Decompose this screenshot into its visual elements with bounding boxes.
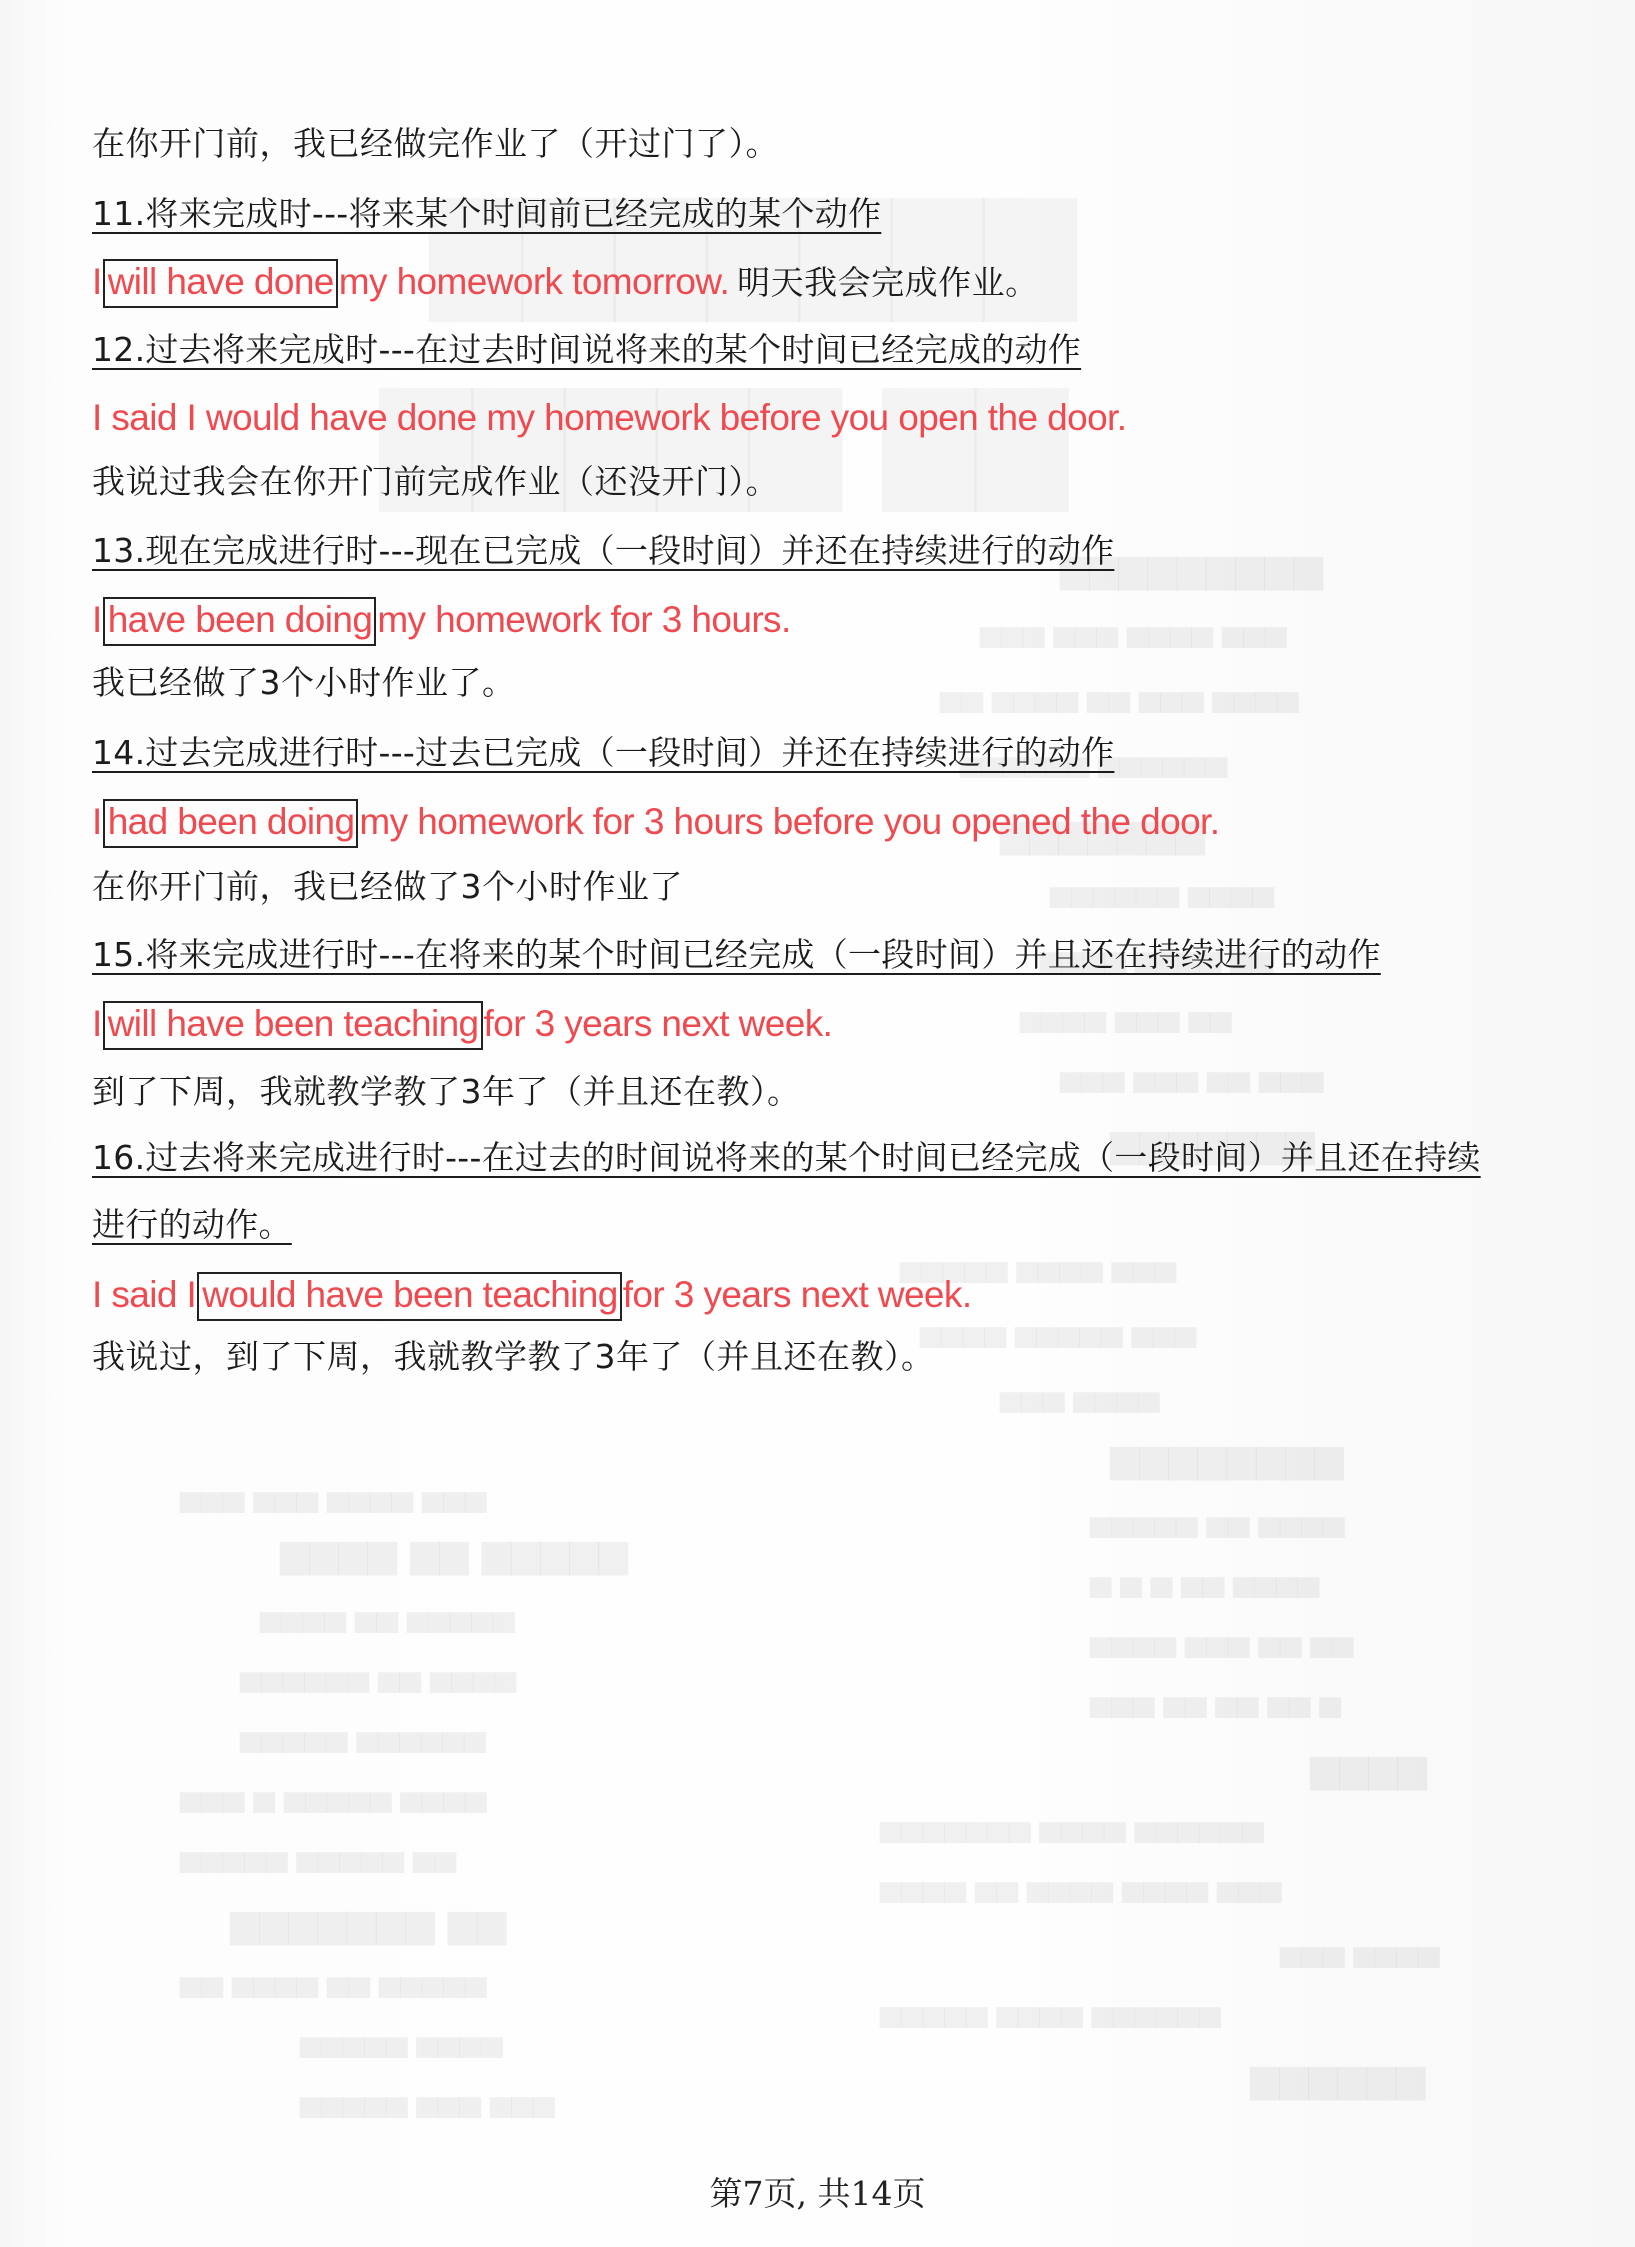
show-through-decoration: ▅▅▅▅ ▅▅ ▅▅▅▅▅▅: [240, 1660, 516, 1693]
show-through-decoration: ▅▅▅ ▅▅▅ ▅▅▅▅▅: [300, 2085, 555, 2118]
show-through-decoration: ▆▆▆▆▆▆▆▆: [1110, 1435, 1344, 1480]
show-through-decoration: ▅▅▅ ▅▅▅▅ ▅▅▅ ▅▅▅: [980, 615, 1287, 648]
show-through-decoration: ▅▅▅▅▅ ▅▅ ▅▅▅▅ ▅▅: [180, 1965, 487, 1998]
inline-translation: 明天我会完成作业。: [737, 263, 1039, 302]
example-prefix: I: [92, 261, 102, 302]
boxed-verb-phrase: would have been teaching: [197, 1272, 622, 1321]
show-through-decoration: ▅ ▅▅ ▅▅ ▅▅ ▅▅▅: [1090, 1685, 1341, 1718]
translation-text: 到了下周，我就教学教了3年了（并且还在教）。: [92, 1075, 801, 1108]
show-through-decoration: ▅▅▅ ▅▅ ▅▅▅ ▅▅▅: [1060, 1060, 1324, 1093]
show-through-decoration: ▅▅▅▅ ▅▅▅▅▅▅: [1050, 875, 1274, 908]
section-heading-14: 14.过去完成进行时---过去已完成（一段时间）并还在持续进行的动作: [92, 736, 1114, 769]
show-through-decoration: ▅▅ ▅▅ ▅▅▅ ▅▅▅▅: [1090, 1625, 1354, 1658]
show-through-decoration: ▅▅▅▅ ▅▅▅▅▅ ▅ ▅▅▅: [180, 1780, 487, 1813]
translation-text: 在你开门前，我已经做了3个小时作业了: [92, 870, 683, 903]
show-through-decoration: ▆▆▆▆: [1310, 1745, 1427, 1790]
example-prefix: I: [92, 599, 102, 640]
show-through-decoration: ▆▆ ▆▆▆▆▆▆▆: [230, 1900, 506, 1945]
show-through-decoration: ▅▅▅▅ ▅▅ ▅▅▅▅▅: [1090, 1505, 1345, 1538]
example-suffix: for 3 years next week.: [484, 1003, 833, 1044]
example-sentence-14: Ihad been doingmy homework for 3 hours b…: [92, 799, 1219, 848]
translation-text: 我已经做了3个小时作业了。: [92, 666, 516, 699]
show-through-decoration: ▅▅ ▅▅▅ ▅▅▅▅: [1020, 1000, 1232, 1033]
example-sentence-16: I said Iwould have been teachingfor 3 ye…: [92, 1272, 972, 1321]
show-through-decoration: ▅▅▅ ▅▅▅▅ ▅▅▅▅ ▅▅ ▅▅▅▅: [880, 1870, 1282, 1903]
example-suffix: my homework for 3 hours before you opene…: [359, 801, 1219, 842]
translation-text: 我说过，到了下周，我就教学教了3年了（并且还在教）。: [92, 1340, 935, 1373]
example-suffix: my homework for 3 hours.: [377, 599, 790, 640]
example-sentence-12: I said I would have done my homework bef…: [92, 399, 1126, 436]
boxed-verb-phrase: have been doing: [103, 597, 377, 646]
section-heading-11: 11.将来完成时---将来某个时间前已经完成的某个动作: [92, 197, 881, 230]
example-prefix: I: [92, 801, 102, 842]
section-heading-12: 12.过去将来完成时---在过去时间说将来的某个时间已经完成的动作: [92, 333, 1081, 366]
show-through-decoration: ▅▅▅▅ ▅▅ ▅ ▅ ▅: [1090, 1565, 1319, 1598]
show-through-decoration: ▅▅▅▅▅▅ ▅▅▅▅▅: [240, 1720, 486, 1753]
example-sentence-15: Iwill have been teachingfor 3 years next…: [92, 1001, 832, 1050]
show-through-decoration: ▅▅▅▅ ▅▅▅ ▅▅ ▅▅▅▅ ▅▅: [940, 680, 1299, 713]
boxed-verb-phrase: had been doing: [103, 799, 359, 848]
translation-text: 在你开门前，我已经做完作业了（开过门了）。: [92, 127, 779, 160]
section-heading-13: 13.现在完成进行时---现在已完成（一段时间）并还在持续进行的动作: [92, 534, 1114, 567]
document-page: ▇▇▇▇▇▇▇ ▇▇ ▇▇▇▇▇ ▆▆▆▆▆▆▆▆▆ ▅▅▅ ▅▅▅▅ ▅▅▅ …: [0, 0, 1635, 2247]
page-number: 第7页, 共14页: [0, 2168, 1635, 2215]
example-prefix: I: [92, 1003, 102, 1044]
example-suffix: for 3 years next week.: [623, 1274, 972, 1315]
show-through-decoration: ▅▅▅▅▅▅ ▅▅▅▅ ▅▅▅▅▅▅▅: [880, 1810, 1264, 1843]
show-through-decoration: ▅▅▅▅ ▅▅▅: [1280, 1935, 1440, 1968]
show-through-decoration: ▅▅▅▅▅▅ ▅▅▅▅ ▅▅▅▅▅: [880, 1995, 1221, 2028]
show-through-decoration: ▅▅▅▅ ▅▅▅: [1000, 1380, 1160, 1413]
example-sentence-13: Ihave been doingmy homework for 3 hours.: [92, 597, 791, 646]
example-prefix: I said I: [92, 1274, 196, 1315]
show-through-decoration: ▆▆▆▆▆ ▆▆ ▆▆▆▆: [280, 1530, 628, 1575]
section-heading-15: 15.将来完成进行时---在将来的某个时间已经完成（一段时间）并且还在持续进行的…: [92, 938, 1381, 971]
boxed-verb-phrase: will have done: [103, 259, 338, 308]
show-through-decoration: ▅▅▅▅▅ ▅▅ ▅▅▅▅: [260, 1600, 515, 1633]
show-through-decoration: ▅▅▅▅ ▅▅▅▅▅: [300, 2025, 503, 2058]
show-through-decoration: ▆▆▆▆▆▆: [1250, 2055, 1425, 2100]
example-sentence-11: Iwill have donemy homework tomorrow.明天我会…: [92, 259, 1039, 308]
show-through-decoration: ▅▅▅ ▅▅▅▅ ▅▅▅ ▅▅▅: [180, 1480, 487, 1513]
translation-text: 我说过我会在你开门前完成作业（还没开门）。: [92, 465, 779, 498]
boxed-verb-phrase: will have been teaching: [103, 1001, 483, 1050]
show-through-decoration: ▅▅ ▅▅▅▅▅ ▅▅▅▅▅: [180, 1840, 456, 1873]
section-heading-16: 16.过去将来完成进行时---在过去的时间说将来的某个时间已经完成（一段时间）并…: [92, 1141, 1481, 1174]
section-heading-16-continued: 进行的动作。: [92, 1208, 292, 1241]
example-suffix: my homework tomorrow.: [339, 261, 729, 302]
